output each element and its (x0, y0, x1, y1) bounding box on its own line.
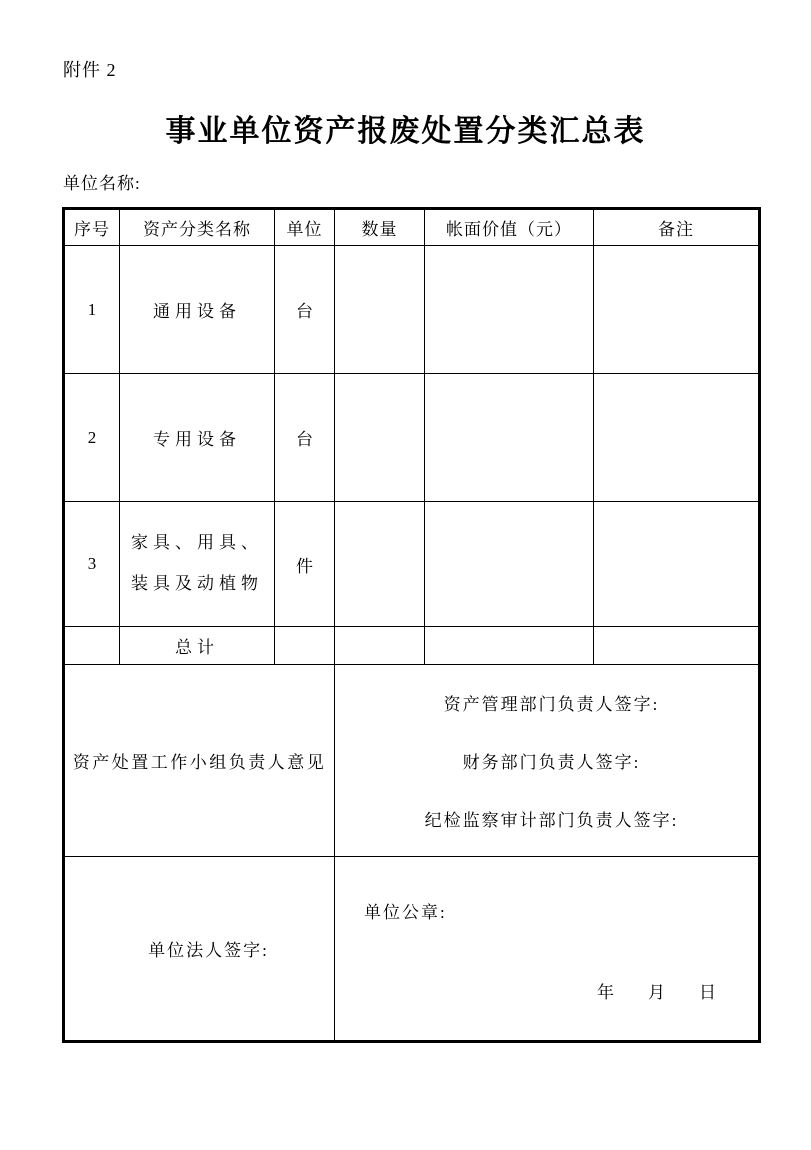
cell-serial-3: 3 (64, 502, 120, 627)
seal-box: 单位公章: 年 月 日 (335, 857, 758, 1040)
legal-person-signature-label: 单位法人签字: (64, 857, 335, 1042)
cell-book-value-1 (425, 246, 594, 374)
unit-seal-label: 单位公章: (364, 898, 447, 923)
opinion-signatures-cell: 资产管理部门负责人签字: 财务部门负责人签字: 纪检监察审计部门负责人签字: (335, 665, 760, 857)
finance-dept-signature-label: 财务部门负责人签字: (345, 748, 758, 773)
cell-book-value-3 (425, 502, 594, 627)
seal-cell: 单位公章: 年 月 日 (335, 857, 760, 1042)
header-serial-number: 序号 (64, 209, 120, 246)
cell-remark-1 (594, 246, 760, 374)
cell-remark-3 (594, 502, 760, 627)
cell-quantity-3 (335, 502, 425, 627)
attachment-label: 附件 2 (63, 56, 117, 82)
date-line: 年 月 日 (597, 978, 716, 1003)
cell-category-3: 家具、用具、 装具及动植物 (120, 502, 275, 627)
header-asset-category: 资产分类名称 (120, 209, 275, 246)
page-title: 事业单位资产报废处置分类汇总表 (0, 106, 811, 150)
total-label: 总计 (120, 627, 275, 665)
header-unit: 单位 (275, 209, 335, 246)
cell-remark-2 (594, 374, 760, 502)
category-3-line-2: 装具及动植物 (120, 564, 274, 605)
table-row: 3 家具、用具、 装具及动植物 件 (64, 502, 760, 627)
cell-unit-3: 件 (275, 502, 335, 627)
header-remark: 备注 (594, 209, 760, 246)
cell-quantity-2 (335, 374, 425, 502)
cell-book-value-2 (425, 374, 594, 502)
table-row: 1 通用设备 台 (64, 246, 760, 374)
header-quantity: 数量 (335, 209, 425, 246)
unit-name-label: 单位名称: (63, 169, 141, 194)
asset-dept-signature-label: 资产管理部门负责人签字: (345, 690, 758, 715)
asset-disposal-summary-table: 序号 资产分类名称 单位 数量 帐面价值（元） 备注 1 通用设备 台 2 专用… (62, 207, 761, 1043)
cell-unit-2: 台 (275, 374, 335, 502)
cell-serial-2: 2 (64, 374, 120, 502)
cell-total-unit (275, 627, 335, 665)
cell-serial-1: 1 (64, 246, 120, 374)
signature-row: 单位法人签字: 单位公章: 年 月 日 (64, 857, 760, 1042)
header-book-value: 帐面价值（元） (425, 209, 594, 246)
category-3-line-1: 家具、用具、 (120, 523, 274, 564)
total-row: 总计 (64, 627, 760, 665)
cell-total-quantity (335, 627, 425, 665)
signature-lines: 资产管理部门负责人签字: 财务部门负责人签字: 纪检监察审计部门负责人签字: (335, 690, 758, 831)
cell-total-remark (594, 627, 760, 665)
table-row: 2 专用设备 台 (64, 374, 760, 502)
cell-category-2: 专用设备 (120, 374, 275, 502)
document-page: 附件 2 事业单位资产报废处置分类汇总表 单位名称: 序号 资产分类名称 单位 … (0, 0, 811, 1150)
cell-total-book-value (425, 627, 594, 665)
table-header-row: 序号 资产分类名称 单位 数量 帐面价值（元） 备注 (64, 209, 760, 246)
audit-dept-signature-label: 纪检监察审计部门负责人签字: (345, 806, 758, 831)
opinion-left-label: 资产处置工作小组负责人意见 (64, 665, 335, 857)
cell-unit-1: 台 (275, 246, 335, 374)
opinion-row: 资产处置工作小组负责人意见 资产管理部门负责人签字: 财务部门负责人签字: 纪检… (64, 665, 760, 857)
cell-category-1: 通用设备 (120, 246, 275, 374)
cell-quantity-1 (335, 246, 425, 374)
cell-total-serial (64, 627, 120, 665)
